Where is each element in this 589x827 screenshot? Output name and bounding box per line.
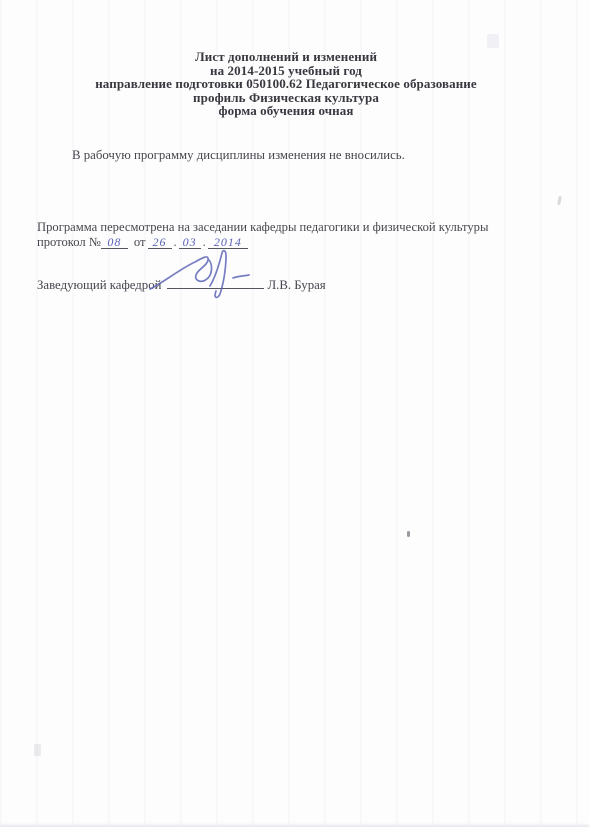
approval-row: Заведующий кафедройЛ.В. Бурая (37, 276, 326, 293)
date-separator-2: . (203, 235, 206, 249)
scan-artifact-speck (557, 196, 562, 205)
protocol-label: протокол № (37, 235, 101, 249)
handwritten-day: 26 (153, 235, 167, 249)
title-line-2: на 2014-2015 учебный год (30, 64, 542, 78)
protocol-number-blank: 08 (101, 235, 128, 249)
title-line-1: Лист дополнений и изменений (30, 50, 542, 64)
protocol-year-blank: 2014 (208, 235, 248, 249)
handwritten-protocol-number: 08 (107, 235, 121, 249)
handwritten-month: 03 (183, 235, 197, 249)
protocol-day-blank: 26 (148, 235, 172, 249)
body-paragraph: В рабочую программу дисциплины изменения… (72, 148, 405, 163)
handwritten-year: 2014 (214, 235, 242, 249)
protocol-line: протокол №08от26.03.2014 (37, 235, 557, 250)
handwritten-signature-icon (146, 247, 258, 303)
revision-line: Программа пересмотрена на заседании кафе… (37, 220, 557, 235)
scan-artifact-speck (34, 744, 41, 756)
protocol-month-blank: 03 (179, 235, 201, 249)
scan-artifact-speck (407, 531, 410, 537)
signature-blank-line (167, 276, 264, 289)
protocol-from-word: от (134, 235, 146, 249)
revision-block: Программа пересмотрена на заседании кафе… (37, 220, 557, 249)
title-line-4: профиль Физическая культура (30, 91, 542, 105)
document-title-block: Лист дополнений и изменений на 2014-2015… (30, 50, 542, 118)
signatory-name: Л.В. Бурая (267, 278, 325, 292)
scan-bottom-edge (0, 823, 589, 827)
title-line-5: форма обучения очная (30, 104, 542, 118)
approval-label: Заведующий кафедрой (37, 278, 161, 292)
title-line-3: направление подготовки 050100.62 Педагог… (30, 77, 542, 91)
scan-artifact-speck (487, 34, 499, 48)
date-separator-1: . (174, 235, 177, 249)
scanned-document-page: Лист дополнений и изменений на 2014-2015… (0, 0, 589, 827)
